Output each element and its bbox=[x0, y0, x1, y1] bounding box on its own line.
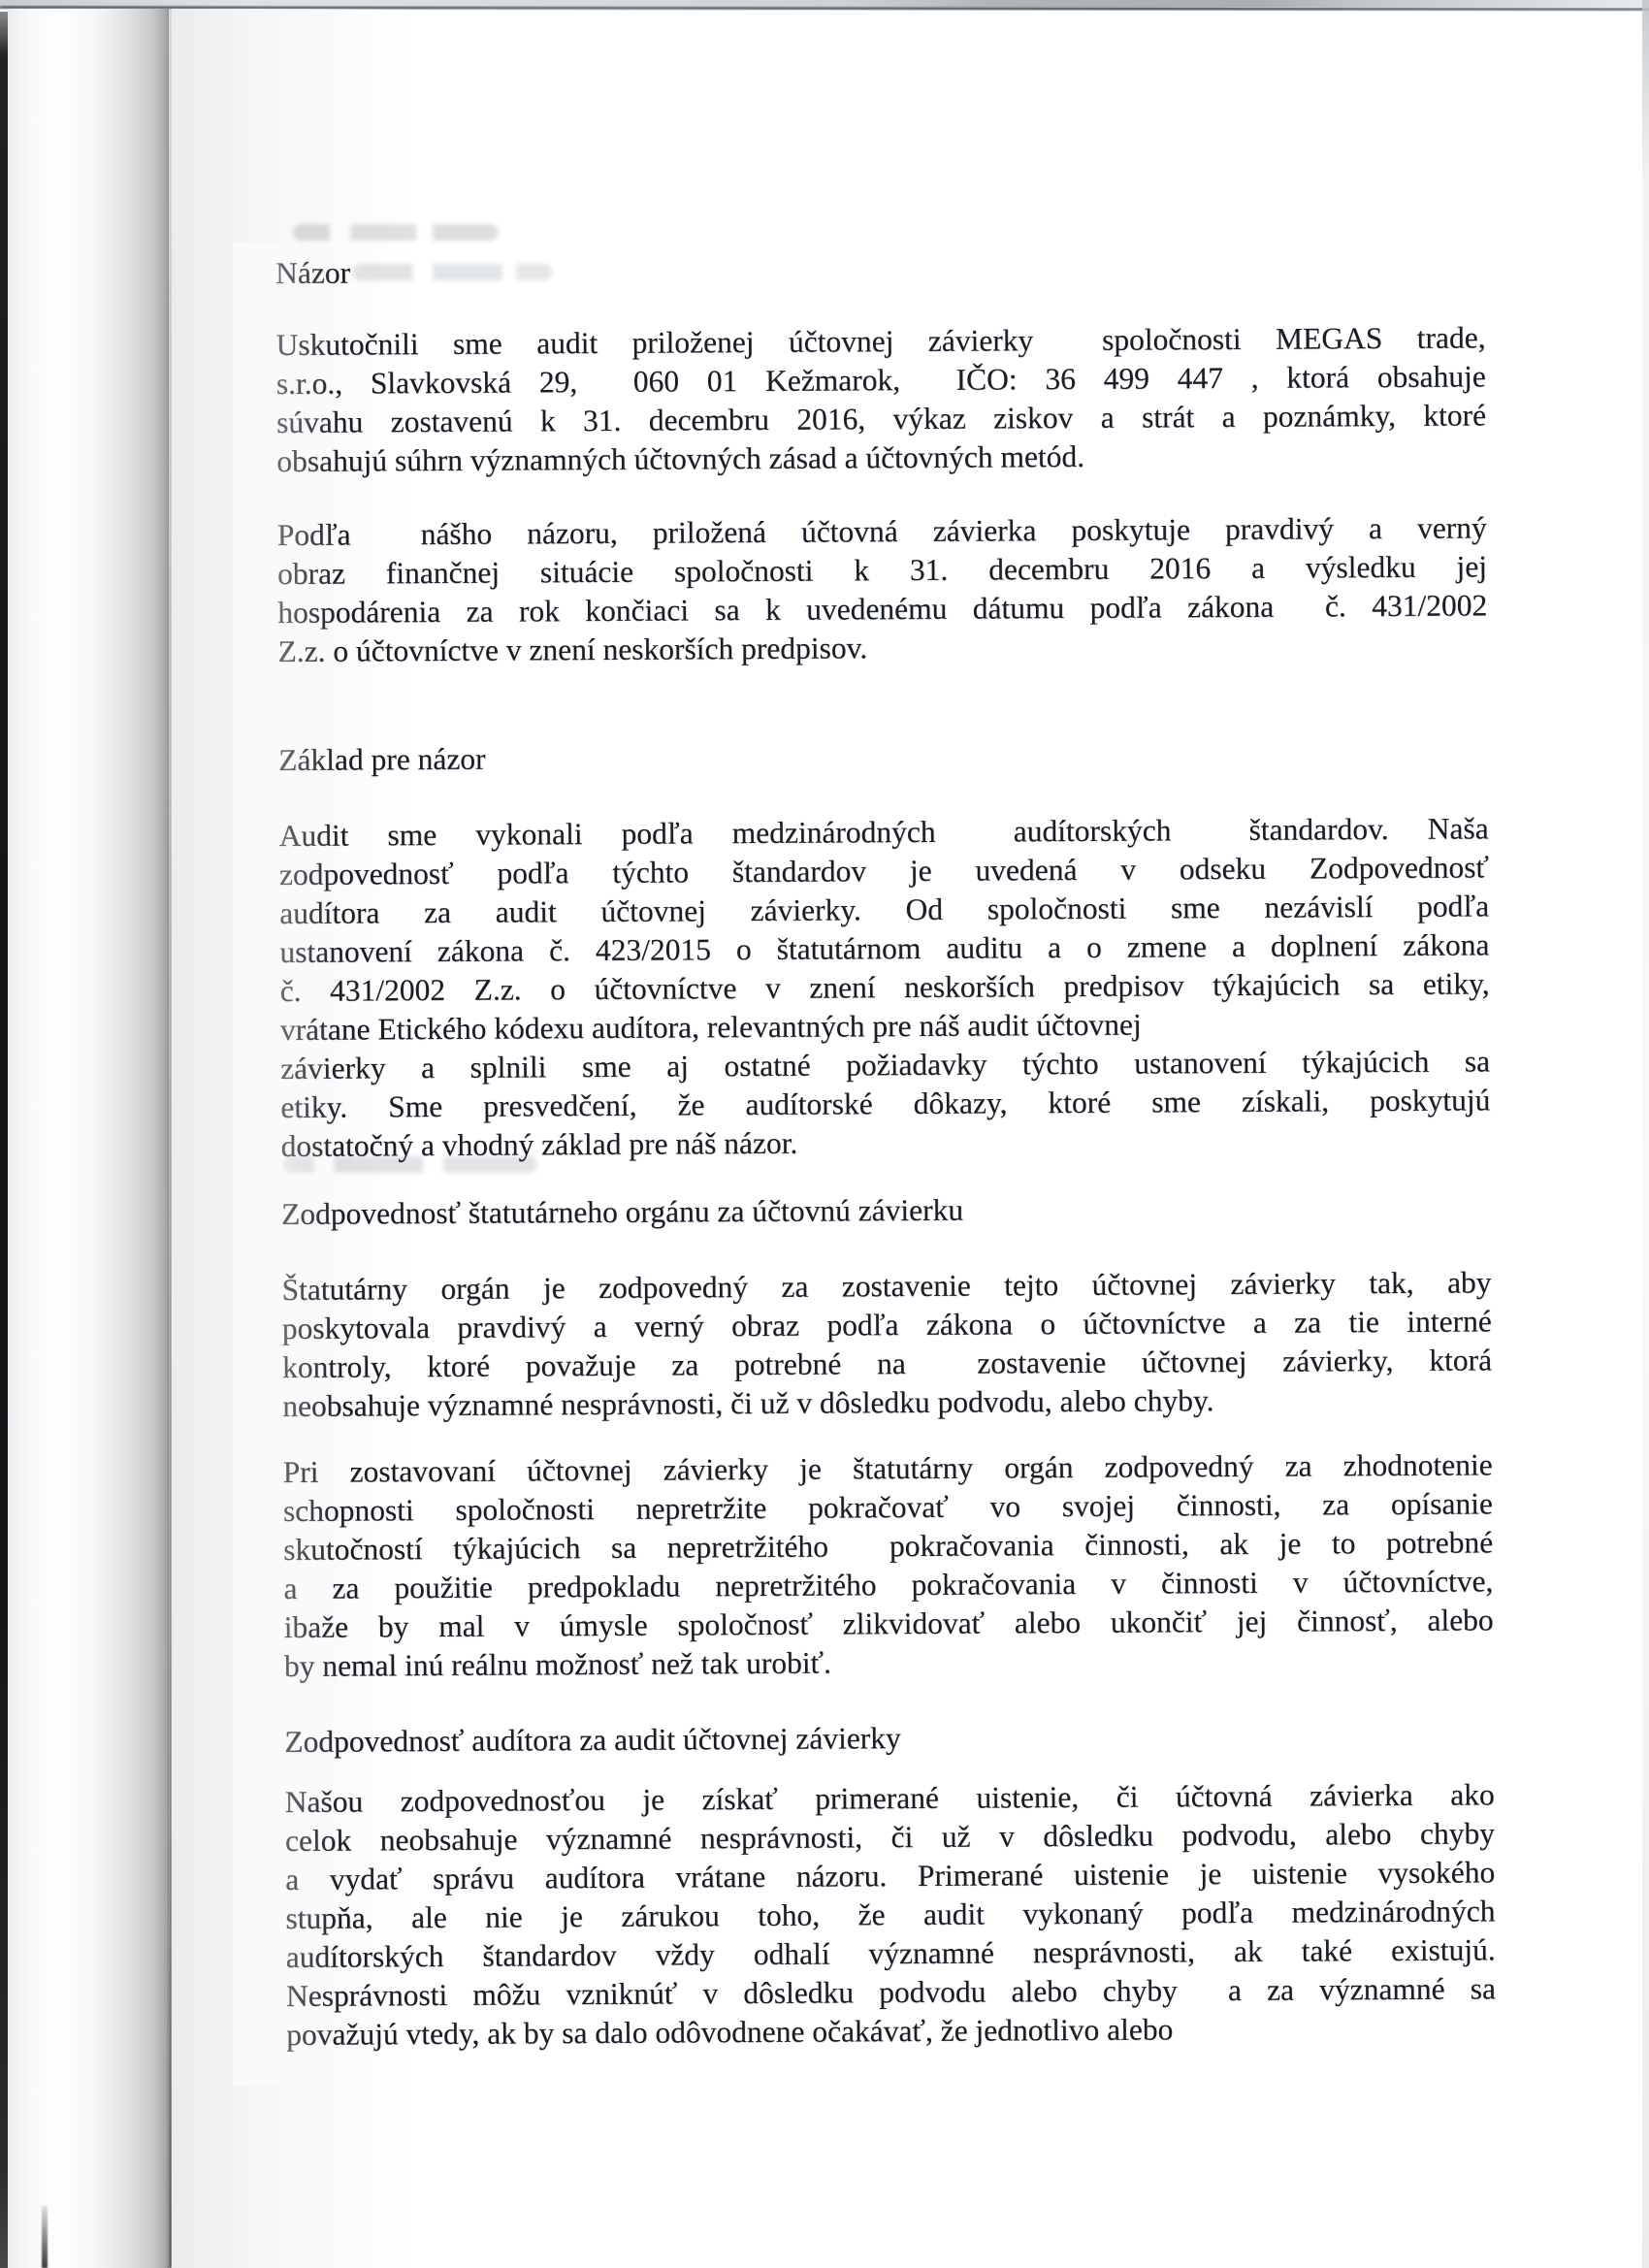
text-line: ibaže by mal v úmysle spoločnosť zlikvid… bbox=[284, 1601, 1494, 1647]
text-line: kontroly, ktoré považuje za potrebné na … bbox=[282, 1341, 1492, 1387]
text-line: Zodpovednosť štatutárneho orgánu za účto… bbox=[281, 1187, 1491, 1234]
underlying-page-edge bbox=[42, 2206, 48, 2268]
text-line: obsahujú súhrn významných účtovných zása… bbox=[276, 435, 1486, 481]
section-heading: Názor bbox=[275, 246, 1485, 293]
text-line: neobsahuje významné nesprávnosti, či už … bbox=[282, 1379, 1492, 1426]
text-line: by nemal inú reálnu možnosť než tak urob… bbox=[284, 1639, 1494, 1686]
paragraph: Podľa nášho názoru, priložená účtovná zá… bbox=[277, 508, 1488, 671]
paragraph: Audit sme vykonali podľa medzinárodných … bbox=[279, 809, 1491, 1166]
text-line: Zodpovednosť audítora za audit účtovnej … bbox=[284, 1715, 1494, 1762]
paragraph: Pri zostavovaní účtovnej závierky je šta… bbox=[283, 1445, 1494, 1686]
section-heading: Zodpovednosť audítora za audit účtovnej … bbox=[284, 1715, 1494, 1762]
scan-right-edge bbox=[1642, 0, 1649, 2268]
binding-shadow bbox=[8, 9, 169, 2268]
text-line: dostatočný a vhodný základ pre náš názor… bbox=[280, 1119, 1490, 1166]
section-heading: Zodpovednosť štatutárneho orgánu za účto… bbox=[281, 1187, 1491, 1234]
paragraph: Štatutárny orgán je zodpovedný za zostav… bbox=[281, 1263, 1492, 1426]
text-line: č. 431/2002 Z.z. o účtovníctve v znení n… bbox=[280, 964, 1490, 1011]
text-line: Základ pre názor bbox=[278, 733, 1488, 780]
text-line: etiky. Sme presvedčení, že audítorské dô… bbox=[280, 1081, 1490, 1127]
section-heading: Základ pre názor bbox=[278, 733, 1488, 780]
text-line: Nesprávnosti môžu vzniknúť v dôsledku po… bbox=[286, 1969, 1496, 2016]
text-line: súvahu zostavenú k 31. decembru 2016, vý… bbox=[276, 396, 1486, 442]
paragraph: Našou zodpovednosťou je získať primerané… bbox=[285, 1775, 1497, 2055]
text-line: považujú vtedy, ak by sa dalo odôvodnene… bbox=[286, 2008, 1496, 2055]
scan-left-edge bbox=[0, 12, 8, 2268]
paragraph: Uskutočnili sme audit priloženej účtovne… bbox=[275, 318, 1486, 481]
text-line: Názor bbox=[275, 246, 1485, 293]
text-line: Z.z. o účtovníctve v znení neskorších pr… bbox=[277, 625, 1487, 671]
text-line: hospodárenia za rok končiaci sa k uveden… bbox=[277, 586, 1487, 632]
scanned-page: NázorUskutočnili sme audit priloženej úč… bbox=[0, 0, 1649, 2268]
page-text: NázorUskutočnili sme audit priloženej úč… bbox=[275, 246, 1496, 2055]
